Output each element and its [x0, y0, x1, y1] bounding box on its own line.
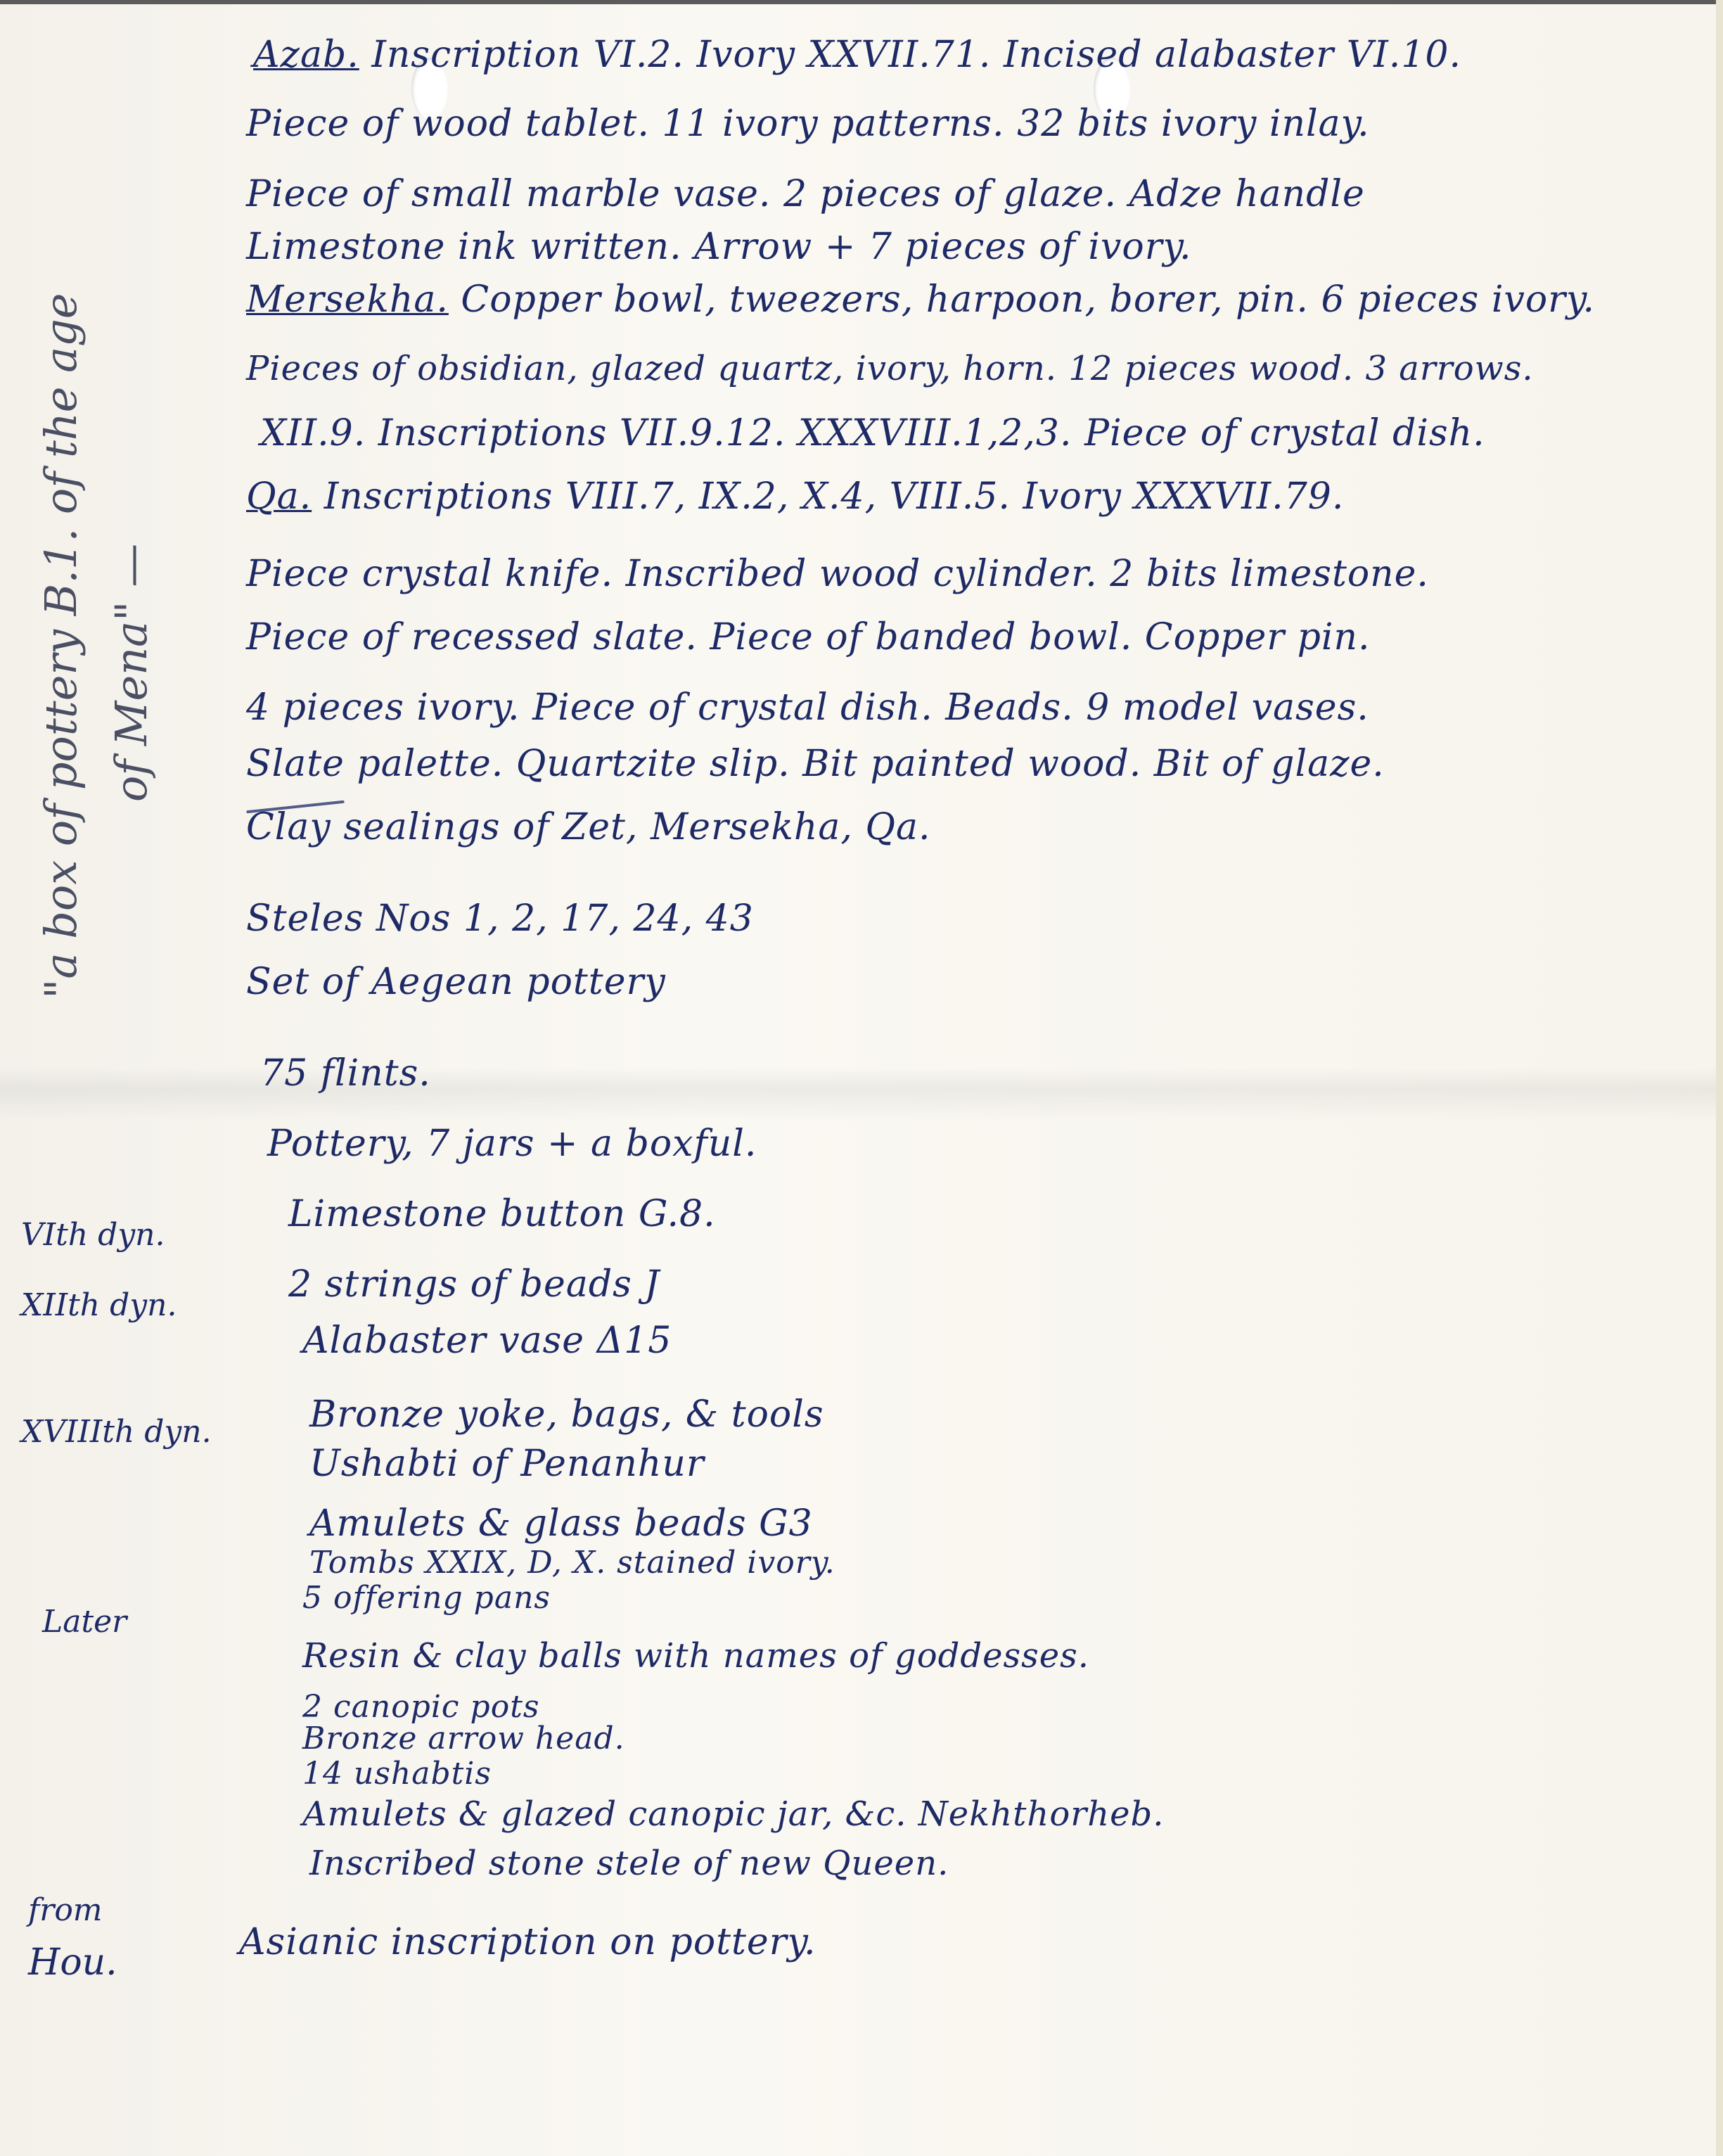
margin-note-line1: "a box of pottery B.1. of the age	[35, 293, 87, 999]
qa-line-1: Inscriptions VIII.7, IX.2, X.4, VIII.5. …	[324, 476, 1345, 518]
azab-line-1: Inscription VI.2. Ivory XXVII.71. Incise…	[371, 34, 1461, 76]
azab-line-4: Limestone ink written. Arrow + 7 pieces …	[246, 229, 1192, 265]
azab-heading: Azab.	[253, 34, 359, 76]
later-line-3: 2 canopic pots	[302, 1692, 539, 1723]
xviii-dyn-line-2: Ushabti of Penanhur	[309, 1446, 705, 1482]
xii-dyn-line-2: Alabaster vase Δ15	[302, 1322, 672, 1359]
later-line-2: Resin & clay balls with names of goddess…	[302, 1639, 1089, 1673]
mersekha-line-3: XII.9. Inscriptions VII.9.12. XXXVIII.1,…	[260, 415, 1485, 452]
margin-note-line2: of Mena" —	[105, 544, 157, 802]
mersekha-heading: Mersekha.	[246, 279, 449, 321]
general-line-5: Pottery, 7 jars + a boxful.	[267, 1125, 757, 1162]
qa-entry: Qa. Inscriptions VIII.7, IX.2, X.4, VIII…	[246, 478, 1344, 515]
page-right-edge	[1716, 0, 1723, 2156]
xviii-dyn-label: XVIIIth dyn.	[21, 1414, 212, 1450]
later-line-1: 5 offering pans	[302, 1583, 551, 1614]
qa-line-2: Piece crystal knife. Inscribed wood cyli…	[246, 556, 1429, 592]
xviii-dyn-line-1: Bronze yoke, bags, & tools	[309, 1396, 824, 1433]
from-hou-label-line1: from	[28, 1892, 103, 1928]
general-line-4: 75 flints.	[260, 1055, 431, 1092]
xviii-dyn-line-3: Amulets & glass beads G3	[309, 1505, 813, 1542]
from-hou-line-1: Asianic inscription on pottery.	[239, 1924, 816, 1960]
xii-dyn-line-1: 2 strings of beads J	[288, 1266, 660, 1303]
from-hou-label-line2: Hou.	[28, 1941, 117, 1984]
azab-entry: Azab. Inscription VI.2. Ivory XXVII.71. …	[253, 37, 1461, 73]
later-line-5: 14 ushabtis	[302, 1759, 492, 1790]
vi-dyn-line-1: Limestone button G.8.	[288, 1196, 716, 1232]
vi-dyn-label: VIth dyn.	[21, 1217, 165, 1253]
qa-line-4: 4 pieces ivory. Piece of crystal dish. B…	[246, 689, 1369, 726]
mersekha-line-1: Copper bowl, tweezers, harpoon, borer, p…	[461, 279, 1595, 321]
general-line-2: Steles Nos 1, 2, 17, 24, 43	[246, 900, 754, 937]
later-line-6: Amulets & glazed canopic jar, &c. Nekhth…	[302, 1797, 1165, 1831]
qa-heading: Qa.	[246, 476, 312, 518]
page-top-edge	[0, 0, 1723, 4]
mersekha-entry: Mersekha. Copper bowl, tweezers, harpoon…	[246, 281, 1595, 318]
general-line-3: Set of Aegean pottery	[246, 964, 666, 1000]
manuscript-page: "a box of pottery B.1. of the age of Men…	[0, 0, 1723, 2156]
qa-line-5: Slate palette. Quartzite slip. Bit paint…	[246, 746, 1385, 782]
general-line-1: Clay sealings of Zet, Mersekha, Qa.	[246, 809, 931, 846]
xviii-dyn-line-4: Tombs XXIX, D, X. stained ivory.	[309, 1548, 835, 1578]
later-label: Later	[42, 1604, 127, 1640]
later-line-7: Inscribed stone stele of new Queen.	[309, 1846, 949, 1880]
mersekha-line-2: Pieces of obsidian, glazed quartz, ivory…	[246, 352, 1534, 385]
xii-dyn-label: XIIth dyn.	[21, 1287, 177, 1323]
azab-line-3: Piece of small marble vase. 2 pieces of …	[246, 176, 1365, 212]
qa-line-3: Piece of recessed slate. Piece of banded…	[246, 619, 1371, 656]
later-line-4: Bronze arrow head.	[302, 1723, 625, 1754]
azab-line-2: Piece of wood tablet. 11 ivory patterns.…	[246, 106, 1370, 142]
